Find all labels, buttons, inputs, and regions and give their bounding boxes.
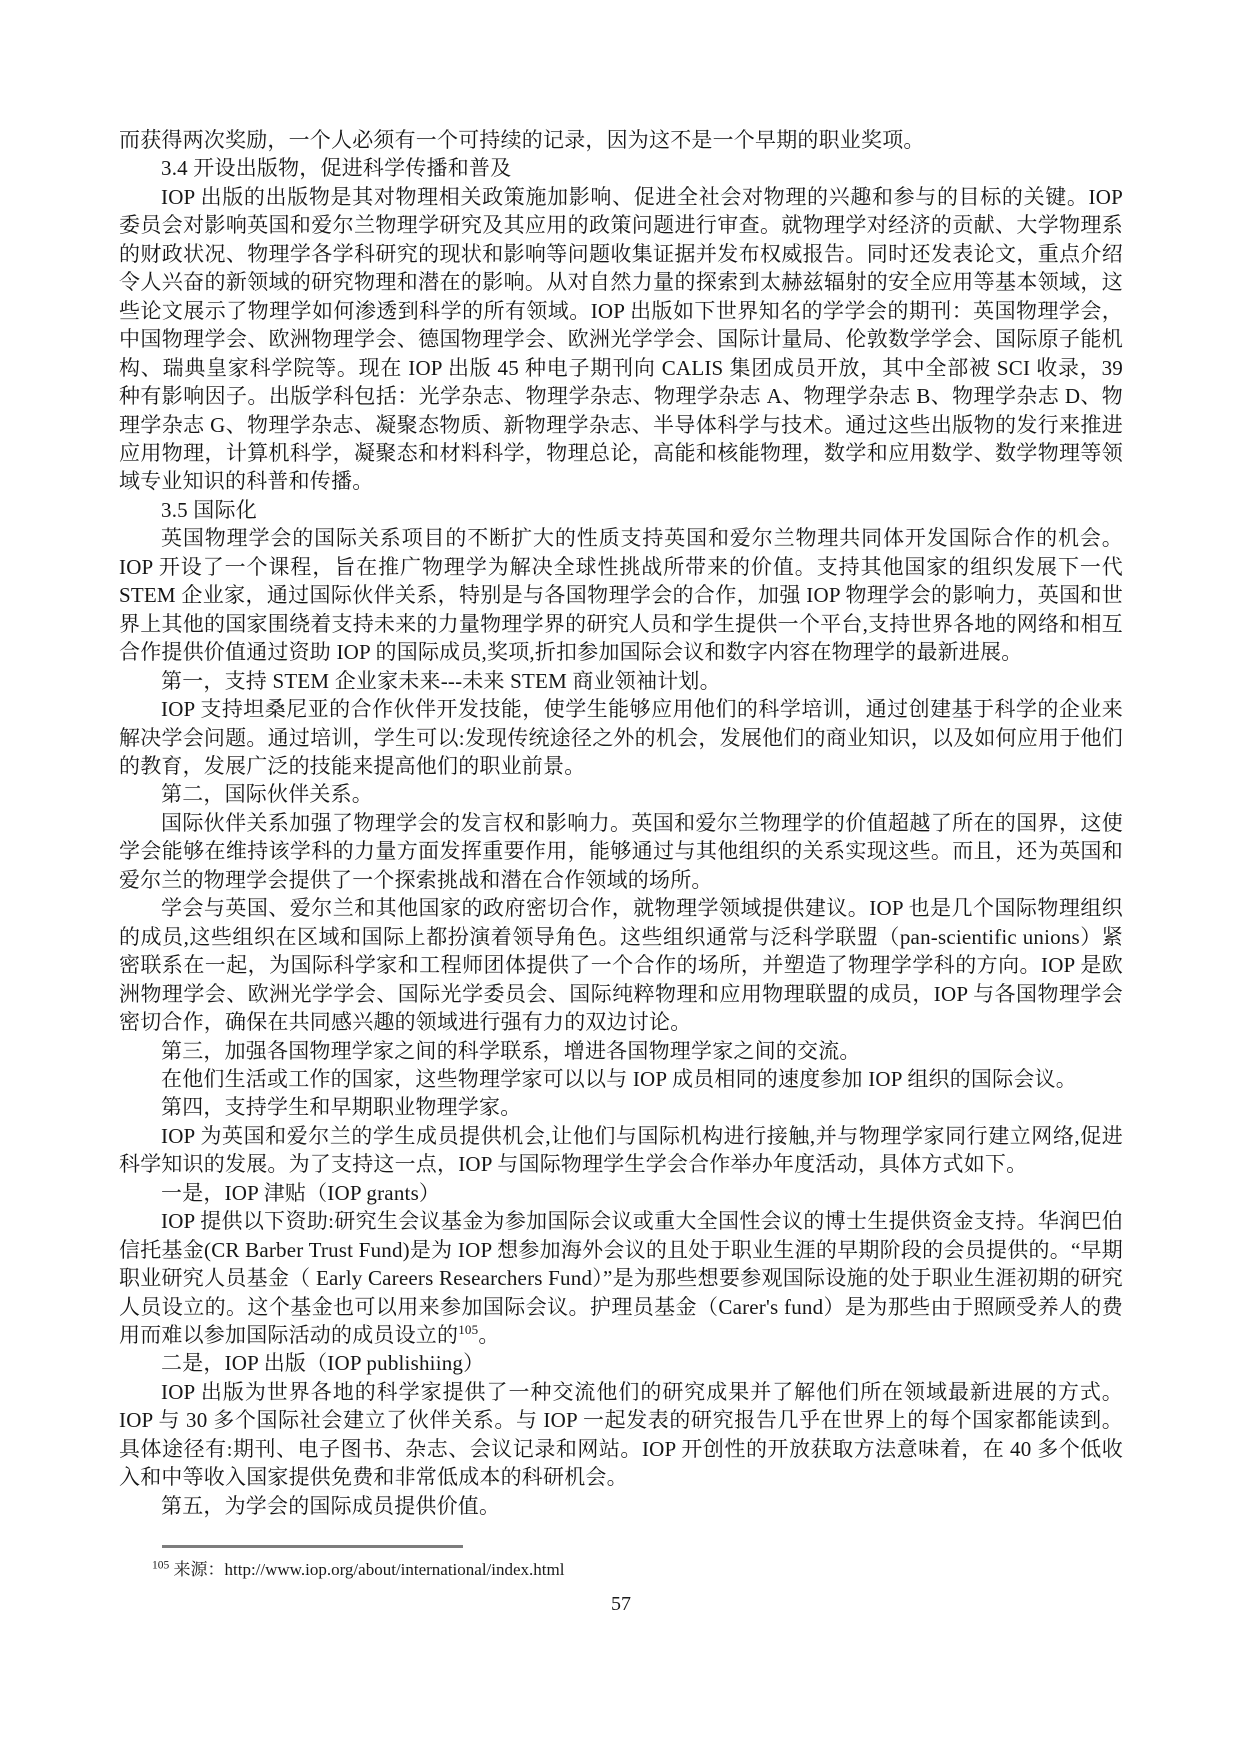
body-paragraph-continuation: 而获得两次奖励，一个人必须有一个可持续的记录，因为这不是一个早期的职业奖项。 — [119, 126, 1123, 154]
item-heading-fifth: 第五，为学会的国际成员提供价值。 — [119, 1492, 1123, 1520]
body-paragraph-publishing: IOP 出版为世界各地的科学家提供了一种交流他们的研究成果并了解他们所在领域最新… — [119, 1378, 1123, 1492]
item-heading-second: 第二，国际伙伴关系。 — [119, 780, 1123, 808]
item-heading-first: 第一，支持 STEM 企业家未来---未来 STEM 商业领袖计划。 — [119, 667, 1123, 695]
body-text-segment: 。 — [478, 1323, 499, 1347]
item-heading-fourth: 第四，支持学生和早期职业物理学家。 — [119, 1093, 1123, 1121]
body-paragraph-funds: IOP 提供以下资助:研究生会议基金为参加国际会议或重大全国性会议的博士生提供资… — [119, 1207, 1123, 1349]
footnote-text: 来源：http://www.iop.org/about/internationa… — [174, 1560, 565, 1579]
body-paragraph-governments: 学会与英国、爱尔兰和其他国家的政府密切合作，就物理学领域提供建议。IOP 也是几… — [119, 894, 1123, 1036]
body-paragraph-students: IOP 为英国和爱尔兰的学生成员提供机会,让他们与国际机构进行接触,并与物理学家… — [119, 1122, 1123, 1179]
body-paragraph-tanzania: IOP 支持坦桑尼亚的合作伙伴开发技能，使学生能够应用他们的科学培训，通过创建基… — [119, 695, 1123, 780]
body-text-segment: IOP 提供以下资助:研究生会议基金为参加国际会议或重大全国性会议的博士生提供资… — [119, 1209, 1123, 1347]
item-heading-iop-publishing: 二是，IOP 出版（IOP publishiing） — [119, 1349, 1123, 1377]
section-heading-3-4: 3.4 开设出版物，促进科学传播和普及 — [119, 154, 1123, 182]
page-number: 57 — [119, 1593, 1123, 1616]
document-page: 而获得两次奖励，一个人必须有一个可持续的记录，因为这不是一个早期的职业奖项。 3… — [0, 0, 1240, 1753]
footnote-ref-105: 105 — [458, 1322, 478, 1337]
body-paragraph-publications: IOP 出版的出版物是其对物理相关政策施加影响、促进全社会对物理的兴趣和参与的目… — [119, 183, 1123, 496]
footnote: 105 来源：http://www.iop.org/about/internat… — [152, 1558, 1123, 1581]
item-heading-third: 第三，加强各国物理学家之间的科学联系，增进各国物理学家之间的交流。 — [119, 1037, 1123, 1065]
section-heading-3-5: 3.5 国际化 — [119, 496, 1123, 524]
footnote-area: 105 来源：http://www.iop.org/about/internat… — [119, 1545, 1123, 1581]
footnote-divider — [162, 1545, 463, 1548]
item-heading-iop-grants: 一是，IOP 津贴（IOP grants） — [119, 1179, 1123, 1207]
body-paragraph-internationalization: 英国物理学会的国际关系项目的不断扩大的性质支持英国和爱尔兰物理共同体开发国际合作… — [119, 524, 1123, 666]
body-paragraph-partnerships: 国际伙伴关系加强了物理学会的发言权和影响力。英国和爱尔兰物理学的价值超越了所在的… — [119, 809, 1123, 894]
body-paragraph-conferences: 在他们生活或工作的国家，这些物理学家可以以与 IOP 成员相同的速度参加 IOP… — [119, 1065, 1123, 1093]
footnote-marker: 105 — [152, 1560, 169, 1572]
